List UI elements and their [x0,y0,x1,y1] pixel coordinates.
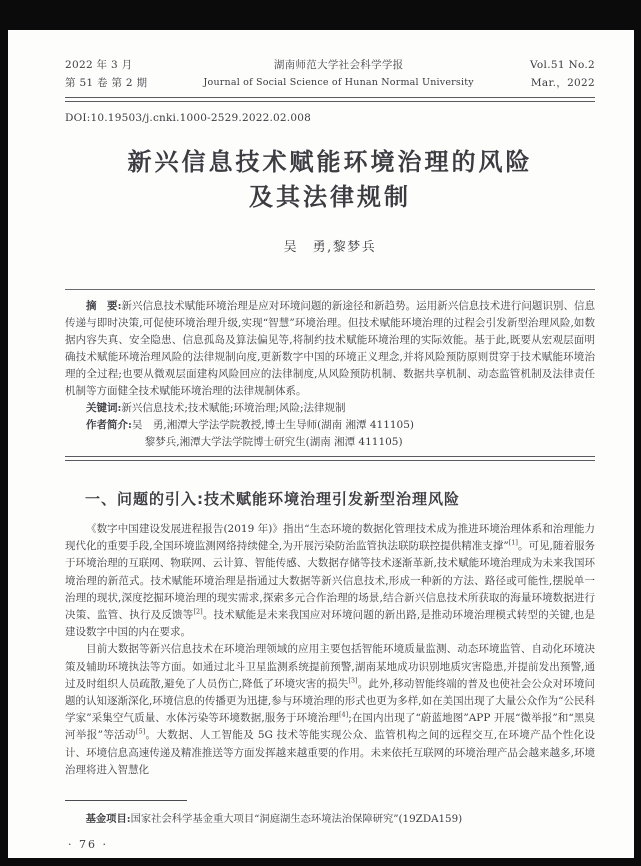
keywords-label: 关键词: [86,402,121,414]
abstract-paragraph: 摘 要:新兴信息技术赋能环境治理是应对环境问题的新途径和新趋势。运用新兴信息技术… [65,298,595,400]
header-date-en: Mar.，2022 [530,74,595,92]
header-journal-name: 湖南师范大学社会科学学报 Journal of Social Science o… [147,56,530,92]
header-volume-issue: 第 51 卷 第 2 期 [65,74,147,92]
body-paragraph-1: 《数字中国建设发展进程报告(2019 年)》指出“生态环境的数据化管理技术成为推… [65,521,595,641]
journal-name-cn: 湖南师范大学社会科学学报 [147,56,530,74]
body-paragraph-2: 目前大数据等新兴信息技术在环境治理领域的应用主要包括智能环境质量监测、动态环境监… [65,641,595,779]
page-number: · 76 · [68,838,108,851]
scan-background: 2022 年 3 月 第 51 卷 第 2 期 湖南师范大学社会科学学报 Jou… [0,0,641,866]
article-title-line2: 及其法律规制 [65,179,595,214]
abstract-divider-top [65,289,595,290]
abstract-text: 新兴信息技术赋能环境治理是应对环境问题的新途径和新趋势。运用新兴信息技术进行问题… [65,300,595,397]
article-authors: 吴 勇,黎梦兵 [65,236,595,255]
journal-header: 2022 年 3 月 第 51 卷 第 2 期 湖南师范大学社会科学学报 Jou… [65,56,595,92]
author-bio-label: 作者简介: [86,419,132,431]
footnote-divider [65,800,187,801]
funding-footnote: 基金项目:国家社会科学基金重大项目“洞庭湖生态环境法治保障研究”(19ZDA15… [65,811,595,827]
journal-page: 2022 年 3 月 第 51 卷 第 2 期 湖南师范大学社会科学学报 Jou… [8,30,634,858]
journal-name-en: Journal of Social Science of Hunan Norma… [147,74,530,92]
page-content: 2022 年 3 月 第 51 卷 第 2 期 湖南师范大学社会科学学报 Jou… [8,30,634,783]
article-title: 新兴信息技术赋能环境治理的风险 及其法律规制 [65,144,595,214]
keywords-text: 新兴信息技术;技术赋能;环境治理;风险;法律规制 [121,402,345,414]
doi-line: DOI:10.19503/j.cnki.1000-2529.2022.02.00… [65,112,595,124]
article-title-line1: 新兴信息技术赋能环境治理的风险 [65,144,595,179]
author-bio-line1: 作者简介:吴 勇,湘潭大学法学院教授,博士生导师(湖南 湘潭 411105) [65,417,595,434]
funding-text: 国家社会科学基金重大项目“洞庭湖生态环境法治保障研究”(19ZDA159) [131,813,463,825]
abstract-block: 摘 要:新兴信息技术赋能环境治理是应对环境问题的新途径和新趋势。运用新兴信息技术… [65,298,595,451]
header-issue-info: 2022 年 3 月 第 51 卷 第 2 期 [65,56,147,92]
author-bio-text1: 吴 勇,湘潭大学法学院教授,博士生导师(湖南 湘潭 411105) [132,419,414,431]
section-1-heading: 一、问题的引入:技术赋能环境治理引发新型治理风险 [65,489,595,509]
article-body: 《数字中国建设发展进程报告(2019 年)》指出“生态环境的数据化管理技术成为推… [65,521,595,783]
abstract-divider-bottom [65,456,595,461]
header-vol-en: Vol.51 No.2 [530,56,595,74]
header-vol-no: Vol.51 No.2 Mar.，2022 [530,56,595,92]
keywords-line: 关键词:新兴信息技术;技术赋能;环境治理;风险;法律规制 [65,400,595,417]
author-bio-line2: 黎梦兵,湘潭大学法学院博士研究生(湖南 湘潭 411105) [65,434,595,451]
abstract-label: 摘 要: [86,300,121,312]
funding-label: 基金项目: [86,813,131,825]
header-divider [65,97,595,102]
header-date: 2022 年 3 月 [65,56,147,74]
